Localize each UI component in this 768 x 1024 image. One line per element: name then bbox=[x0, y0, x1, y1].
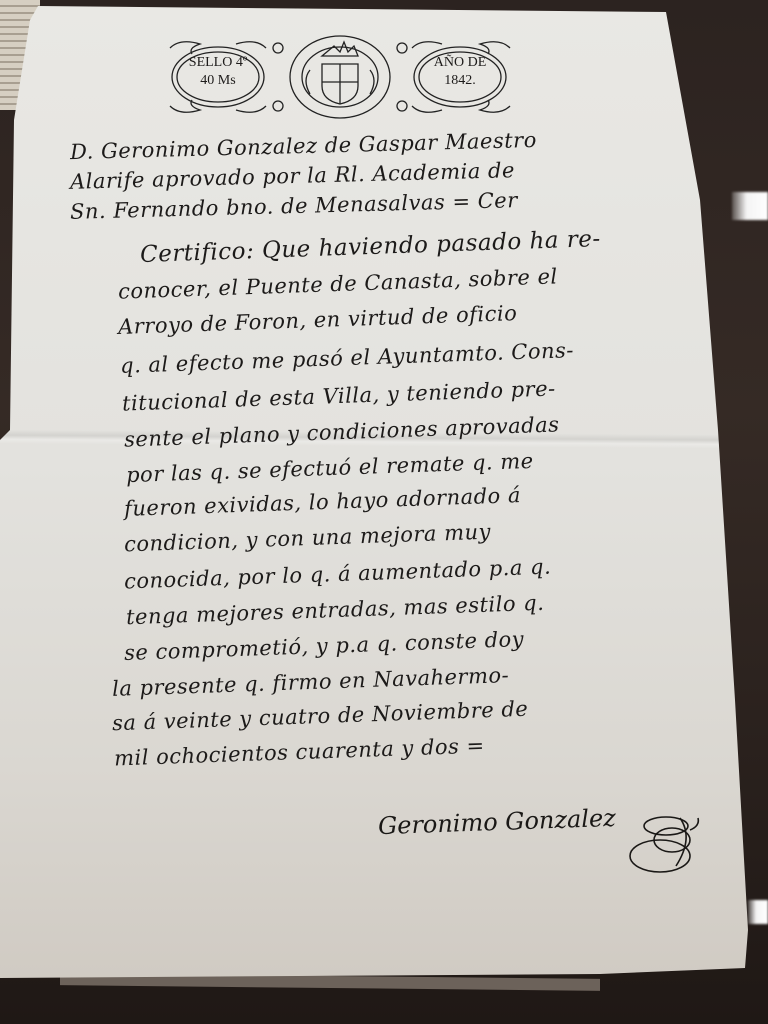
tax-stamp-header: SELLO 4º 40 Ms AÑO DE 1842. bbox=[166, 34, 514, 120]
body-line-4: q. al efecto me pasó el Ayuntamto. Cons- bbox=[120, 338, 575, 378]
stamp-seal-label: SELLO 4º bbox=[176, 54, 260, 72]
header-line-3: Sn. Fernando bno. de Menasalvas = Cer bbox=[70, 188, 518, 224]
signature-flourish-icon bbox=[620, 800, 710, 880]
body-line-2: conocer, el Puente de Canasta, sobre el bbox=[118, 264, 558, 303]
body-line-9: condicion, y con una mejora muy bbox=[124, 520, 492, 557]
body-line-12: se comprometió, y p.a q. conste doy bbox=[124, 627, 525, 665]
stamp-year-cartouche: AÑO DE 1842. bbox=[418, 54, 502, 102]
light-reflection bbox=[748, 900, 768, 924]
signature: Geronimo Gonzalez bbox=[378, 804, 617, 840]
body-line-5: titucional de esta Villa, y teniendo pre… bbox=[122, 376, 556, 415]
body-line-13: la presente q. firmo en Navahermo- bbox=[112, 663, 510, 701]
body-line-8: fueron exividas, lo hayo adornado á bbox=[124, 483, 522, 521]
stamp-year-label: AÑO DE bbox=[418, 54, 502, 72]
stamp-value-cartouche: SELLO 4º 40 Ms bbox=[176, 54, 260, 102]
manuscript-page: SELLO 4º 40 Ms AÑO DE 1842. D. Geronimo … bbox=[0, 0, 768, 1024]
header-line-2: Alarife aprovado por la Rl. Academia de bbox=[70, 158, 515, 194]
body-line-3: Arroyo de Foron, en virtud de oficio bbox=[118, 301, 518, 339]
light-reflection bbox=[732, 192, 768, 220]
body-line-10: conocida, por lo q. á aumentado p.a q. bbox=[124, 555, 552, 594]
body-line-1: Certifico: Que haviendo pasado ha re- bbox=[140, 226, 601, 268]
stamp-price: 40 Ms bbox=[176, 72, 260, 90]
body-line-15: mil ochocientos cuarenta y dos = bbox=[114, 734, 485, 771]
stamp-year-value: 1842. bbox=[418, 72, 502, 90]
body-line-14: sa á veinte y cuatro de Noviembre de bbox=[112, 697, 529, 736]
body-line-11: tenga mejores entradas, mas estilo q. bbox=[126, 591, 545, 630]
body-line-7: por las q. se efectuó el remate q. me bbox=[126, 449, 534, 487]
